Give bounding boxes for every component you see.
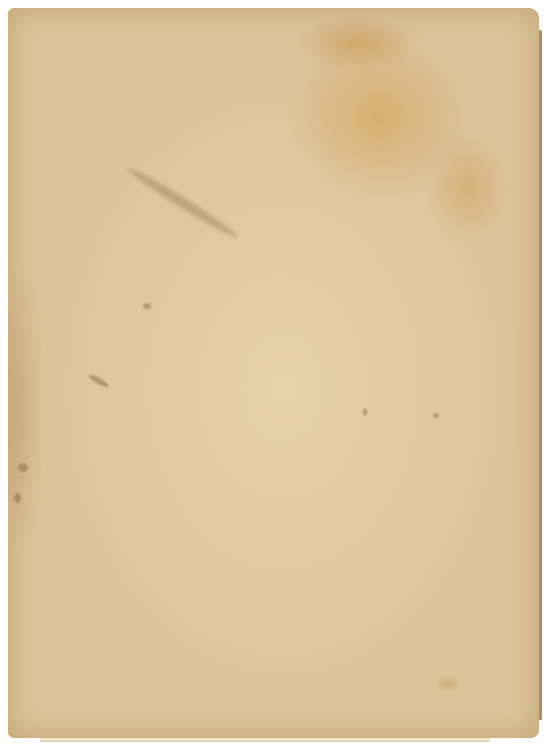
diagonal-smudge (125, 164, 241, 241)
aged-paper-sheet (8, 8, 539, 738)
stain-spot (433, 413, 439, 418)
stain-spot (88, 373, 110, 389)
stain-spot (18, 463, 28, 472)
stain-spot (363, 408, 367, 416)
stain-spot (14, 493, 21, 503)
stain-spot (143, 303, 151, 309)
